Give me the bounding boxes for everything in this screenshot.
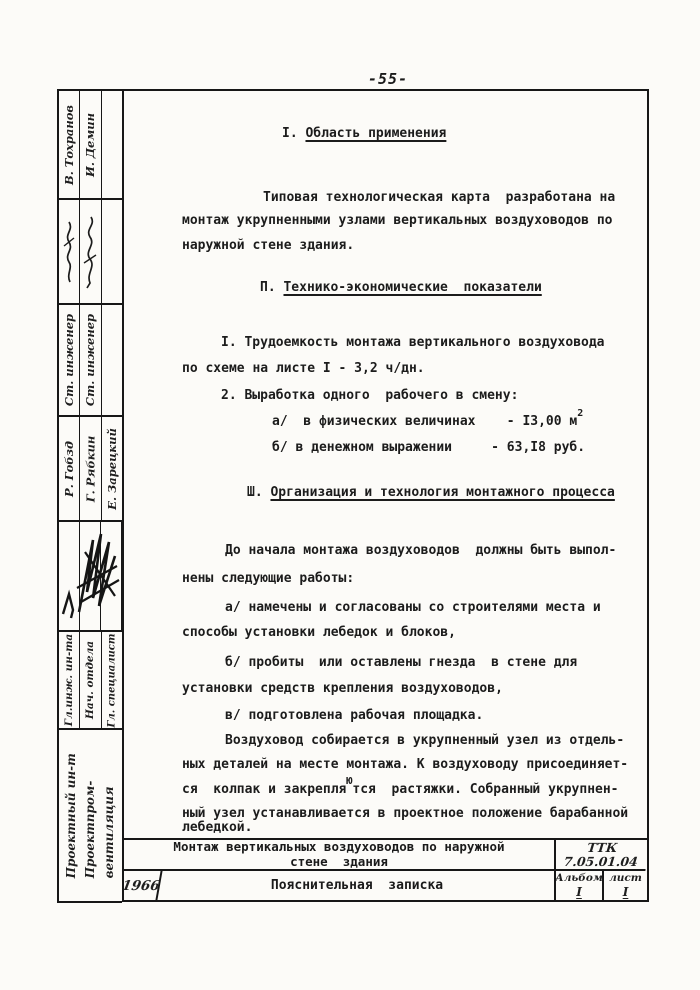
stamp-cell: Нач. отдела <box>80 632 101 728</box>
text-segment: тся растяжки. Собранный укрупнен- <box>352 782 618 797</box>
stamp-cell <box>59 522 80 630</box>
approver-title: Ст. инженер <box>84 314 98 406</box>
text-line: лебедкой. <box>182 821 252 834</box>
stamp-cell-empty <box>102 91 122 198</box>
text-line: в/ подготовлена рабочая площадка. <box>225 709 483 722</box>
section-title: Область применения <box>305 126 446 141</box>
scanned-document-page: -55- В. Тохранов И. Демин Ст. инж <box>0 0 700 990</box>
album-cell: Альбом I <box>556 871 604 900</box>
organization-line: Проектный ин-т <box>62 753 81 878</box>
section-title: Организация и технология монтажного проц… <box>270 485 614 500</box>
doc-type-cell: Пояснительная записка <box>160 871 556 900</box>
section3-heading: Ш. Организация и технология монтажного п… <box>247 486 615 499</box>
object-title-cell: Монтаж вертикальных воздуховодов по нару… <box>124 840 556 871</box>
text-line: Типовая технологическая карта разработан… <box>263 191 615 204</box>
approver-title: Ст. инженер <box>62 314 76 406</box>
sheet-value: I <box>623 885 629 899</box>
stamp-cell: Е. Зарецкий <box>102 417 122 520</box>
stamp-cell: Р. Гобзд <box>59 417 80 520</box>
text-line: б/ пробиты или оставлены гнезда в стене … <box>225 656 577 669</box>
signature-icon <box>82 213 98 291</box>
stamp-cell: Гл.инж. ин-та <box>59 632 80 728</box>
text-line: монтаж укрупненными узлами вертикальных … <box>182 214 612 227</box>
stamp-cell: И. Демин <box>80 91 101 198</box>
approver-name: Р. Гобзд <box>62 441 76 497</box>
stamp-cell: Г. Рябкин <box>80 417 101 520</box>
doc-code-number: 7.05.01.04 <box>563 855 638 869</box>
stamp-row-signatures-big <box>59 522 122 632</box>
text-line: ных деталей на месте монтажа. К воздухов… <box>182 758 628 771</box>
raised-letter: Ю <box>346 776 352 787</box>
stamp-cell <box>59 200 80 303</box>
text-line: б/ в денежном выражении - 63,I8 руб. <box>272 441 585 454</box>
text-line-with-sup: а/ в физических величинах - I3,00 м2 <box>272 415 583 428</box>
organization-cell: Проектный ин-т Проектпром- вентиляция <box>59 730 122 901</box>
text-line: по схеме на листе I - 3,2 ч/дн. <box>182 362 425 375</box>
text-line-with-sup: ся колпак и закрепляЮтся растяжки. Собра… <box>182 783 619 796</box>
stamp-row-names-mid: Р. Гобзд Г. Рябкин Е. Зарецкий <box>59 417 122 522</box>
stamp-cell <box>80 522 101 630</box>
organization-name: Проектный ин-т Проектпром- вентиляция <box>62 753 120 878</box>
text-line: нены следующие работы: <box>182 572 354 585</box>
document-body-frame: I. Область применения Типовая технологич… <box>122 89 649 838</box>
stamp-row-names-top: В. Тохранов И. Демин <box>59 91 122 200</box>
year-cell: 1966 <box>121 871 162 900</box>
stamp-cell <box>80 200 101 303</box>
section2-heading: П. Технико-экономические показатели <box>260 281 542 294</box>
organization-line: Проектпром- <box>81 753 100 878</box>
superscript: 2 <box>577 408 583 419</box>
section-numeral: I. <box>282 126 298 141</box>
text-line: установки средств крепления воздуховодов… <box>182 682 503 695</box>
page-number: -55- <box>368 70 408 88</box>
stamp-cell: Ст. инженер <box>59 305 80 415</box>
album-value: I <box>576 885 582 899</box>
approval-stamp-column: В. Тохранов И. Демин Ст. инженер Ст. инж… <box>57 89 122 903</box>
section1-heading: I. Область применения <box>282 127 446 140</box>
signature-icon <box>61 216 77 288</box>
stamp-row-organization: Проектный ин-т Проектпром- вентиляция <box>59 730 122 901</box>
object-title-line: Монтаж вертикальных воздуховодов по нару… <box>173 840 504 854</box>
approver-title: Нач. отдела <box>85 641 97 719</box>
text-segment: ся колпак и закрепля <box>182 782 346 797</box>
section-numeral: Ш. <box>247 485 263 500</box>
text-line: способы установки лебедок и блоков, <box>182 626 456 639</box>
section-numeral: П. <box>260 280 276 295</box>
doc-code-cell: ТТК 7.05.01.04 <box>554 840 648 871</box>
text-line: I. Трудоемкость монтажа вертикального во… <box>221 336 605 349</box>
text-line: ный узел устанавливается в проектное пол… <box>182 807 628 820</box>
stamp-cell-empty <box>102 305 122 415</box>
year-value: 1966 <box>121 878 161 894</box>
organization-line: вентиляция <box>100 753 119 878</box>
section-title: Технико-экономические показатели <box>283 280 541 295</box>
object-title-line: стене здания <box>290 855 388 869</box>
stamp-cell: Ст. инженер <box>80 305 101 415</box>
approver-name: Г. Рябкин <box>84 435 98 502</box>
text-line: До начала монтажа воздуховодов должны бы… <box>225 544 616 557</box>
text-segment: а/ в физических величинах - I3,00 м <box>272 414 577 429</box>
text-line: наружной стене здания. <box>182 239 354 252</box>
stamp-cell-empty <box>102 200 122 303</box>
approver-title: Гл. специалист <box>106 633 117 727</box>
stamp-cell <box>101 522 122 630</box>
doc-type-label: Пояснительная записка <box>271 878 443 893</box>
approver-name: И. Демин <box>84 112 98 176</box>
sheet-cell: лист I <box>604 871 647 900</box>
album-label: Альбом <box>556 872 603 885</box>
stamp-cell: В. Тохранов <box>59 91 80 198</box>
approver-title: Гл.инж. ин-та <box>63 634 75 726</box>
doc-code-series: ТТК <box>587 841 618 855</box>
stamp-cell: Гл. специалист <box>102 632 122 728</box>
text-line: а/ намечены и согласованы со строителями… <box>225 601 601 614</box>
stamp-row-titles-mid: Ст. инженер Ст. инженер <box>59 305 122 417</box>
approver-name: Е. Зарецкий <box>105 428 119 510</box>
stamp-row-titles-bot: Гл.инж. ин-та Нач. отдела Гл. специалист <box>59 632 122 730</box>
sheet-label: лист <box>609 872 642 885</box>
stamp-row-signatures <box>59 200 122 305</box>
approver-name: В. Тохранов <box>62 105 76 185</box>
text-line: 2. Выработка одного рабочего в смену: <box>221 389 518 402</box>
title-block: Монтаж вертикальных воздуховодов по нару… <box>122 838 649 902</box>
text-line: Воздуховод собирается в укрупненный узел… <box>225 734 624 747</box>
